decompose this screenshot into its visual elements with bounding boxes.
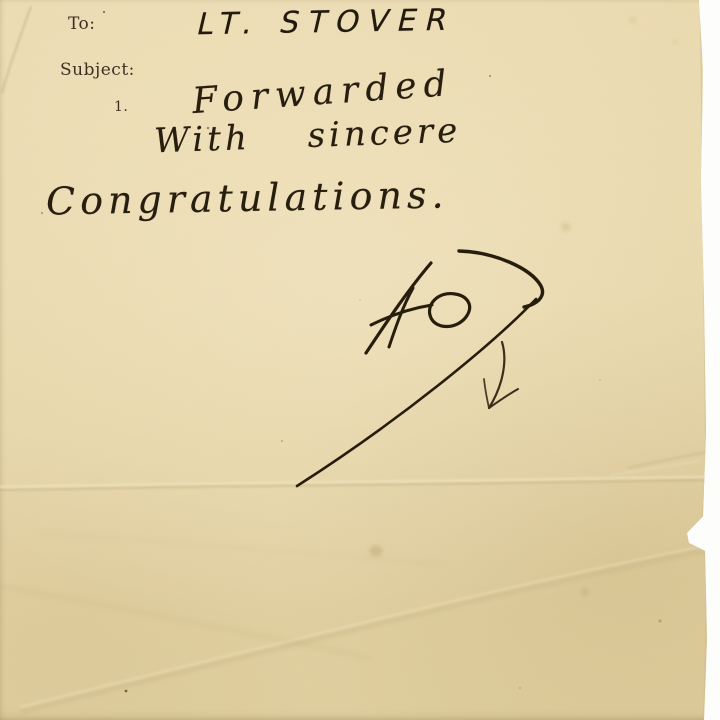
recipient-handwriting: LT. STOVER	[193, 3, 459, 42]
subject-label: Subject:	[60, 60, 135, 80]
document-paper: To: Subject: 1. LT. STOVER Forwarded Wit…	[0, 0, 720, 720]
handwritten-line-congratulations: Congratulations.	[46, 172, 449, 223]
item-number-label: 1.	[114, 99, 128, 115]
to-label: To:	[68, 14, 95, 34]
scan-background: To: Subject: 1. LT. STOVER Forwarded Wit…	[0, 0, 720, 720]
